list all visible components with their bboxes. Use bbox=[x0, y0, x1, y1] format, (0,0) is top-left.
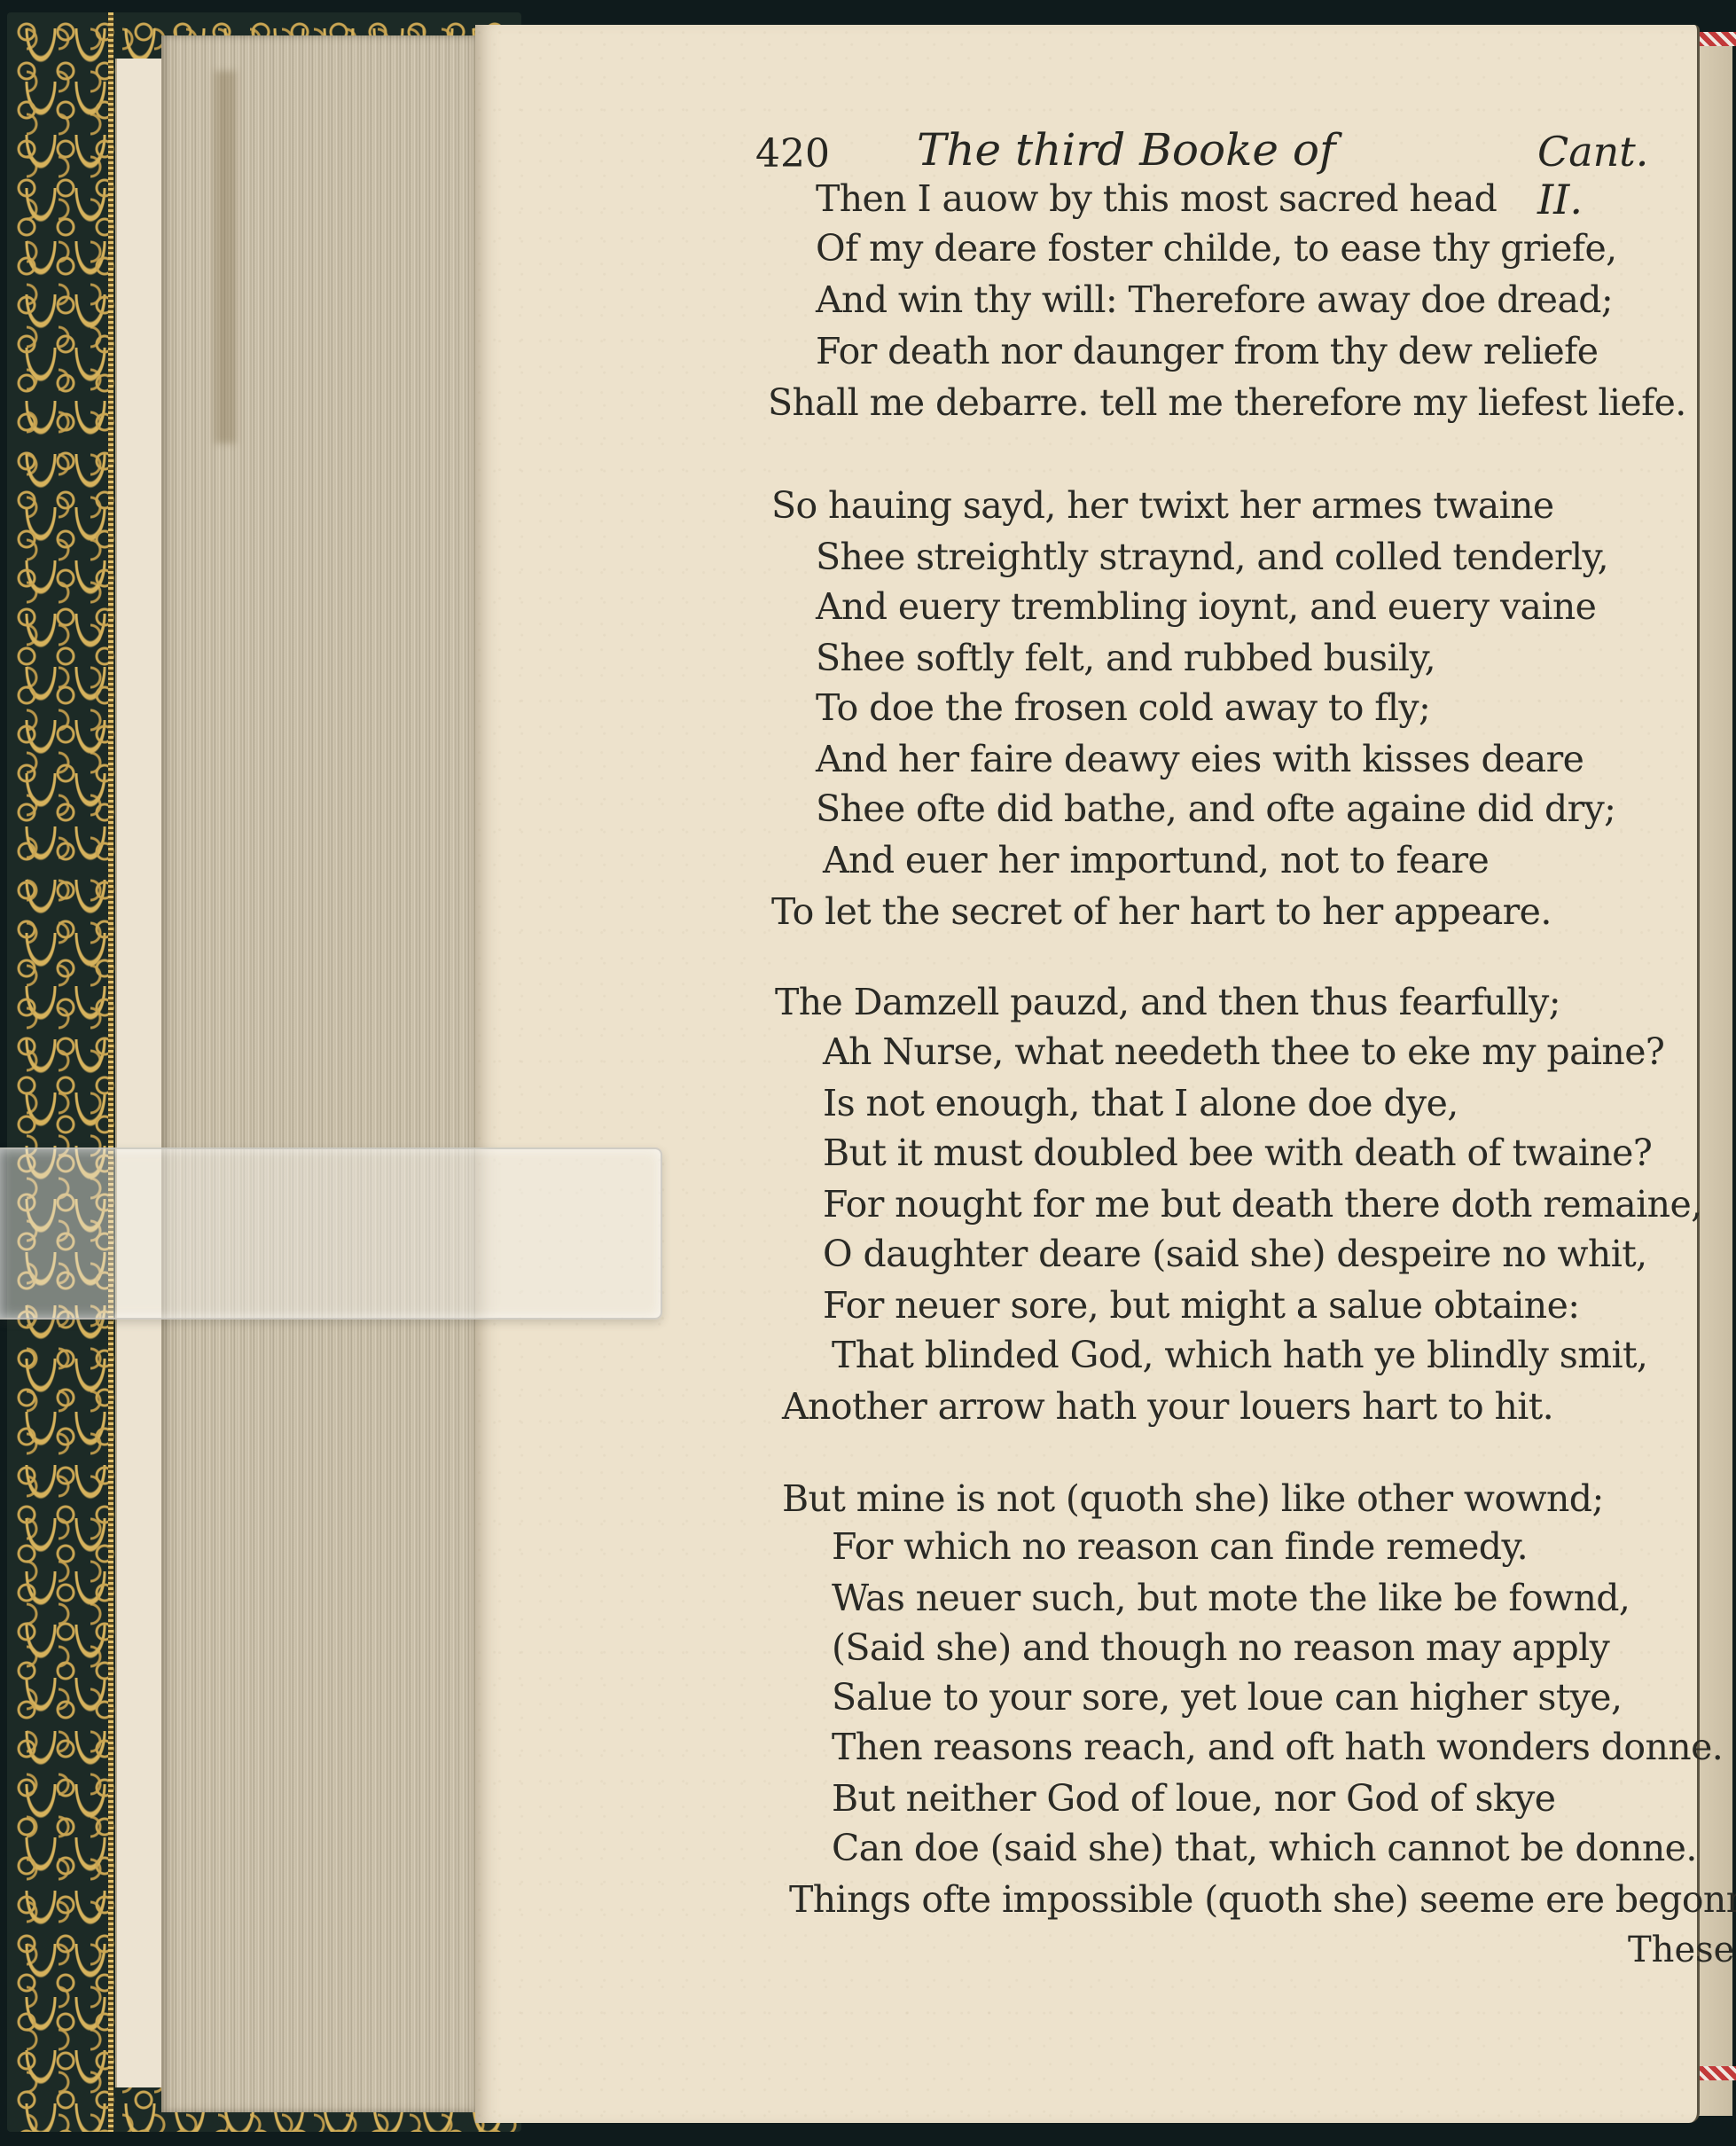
verse-line: For nought for me but death there doth r… bbox=[823, 1183, 1702, 1226]
transparent-page-clip bbox=[0, 1147, 662, 1320]
verse-line: That blinded God, which hath ye blindly … bbox=[832, 1334, 1647, 1376]
verse-line: To doe the frosen cold away to fly; bbox=[816, 686, 1430, 729]
verse-line: But neither God of loue, nor God of skye bbox=[832, 1777, 1555, 1820]
verse-line: Then I auow by this most sacred head bbox=[816, 177, 1497, 220]
verse-line: Another arrow hath your louers hart to h… bbox=[782, 1385, 1553, 1428]
verse-line: But it must doubled bee with death of tw… bbox=[823, 1132, 1652, 1174]
verse-line: And euer her importund, not to feare bbox=[823, 839, 1489, 881]
verse-line: Of my deare foster childe, to ease thy g… bbox=[816, 227, 1617, 270]
verse-line: Shee softly felt, and rubbed busily, bbox=[816, 637, 1435, 679]
page-block-edges bbox=[161, 35, 477, 2112]
verse-line: O daughter deare (said she) despeire no … bbox=[823, 1233, 1647, 1275]
verse-line: So hauing sayd, her twixt her armes twai… bbox=[771, 484, 1554, 527]
verse-line: Things ofte impossible (quoth she) seeme… bbox=[789, 1878, 1736, 1921]
verse-line: Ah Nurse, what needeth thee to eke my pa… bbox=[823, 1030, 1664, 1073]
canto-label: Cant. II. bbox=[1537, 128, 1697, 223]
verse-line: For death nor daunger from thy dew relie… bbox=[816, 330, 1598, 372]
verse-line: For neuer sore, but might a salue obtain… bbox=[823, 1284, 1579, 1327]
verse-line: Can doe (said she) that, which cannot be… bbox=[832, 1827, 1697, 1869]
verse-line: Shall me debarre. tell me therefore my l… bbox=[768, 381, 1686, 424]
verse-line: Then reasons reach, and oft hath wonders… bbox=[832, 1726, 1723, 1768]
verse-line: The Damzell pauzd, and then thus fearful… bbox=[775, 981, 1560, 1023]
next-leaf-edge bbox=[1697, 32, 1732, 2116]
verse-line: And her faire deawy eies with kisses dea… bbox=[816, 738, 1584, 780]
verse-line: To let the secret of her hart to her app… bbox=[771, 890, 1552, 933]
verse-line: (Said she) and though no reason may appl… bbox=[832, 1626, 1609, 1669]
verse-line: And win thy will: Therefore away doe dre… bbox=[816, 278, 1613, 321]
verse-line: And euery trembling ioynt, and euery vai… bbox=[816, 585, 1596, 628]
gilt-rule bbox=[108, 12, 113, 2132]
verse-line: Was neuer such, but mote the like be fow… bbox=[832, 1577, 1630, 1619]
verse-line: Salue to your sore, yet loue can higher … bbox=[832, 1676, 1622, 1719]
verse-line: But mine is not (quoth she) like other w… bbox=[782, 1477, 1604, 1520]
verse-line: Is not enough, that I alone doe dye, bbox=[823, 1082, 1458, 1124]
verse-line: For which no reason can finde remedy. bbox=[832, 1525, 1528, 1568]
catchword: These bbox=[1628, 1930, 1734, 1970]
book-page: 420 The third Booke of Cant. II. Then I … bbox=[475, 25, 1700, 2123]
page-number: 420 bbox=[755, 131, 830, 176]
running-title: The third Booke of bbox=[917, 124, 1335, 176]
verse-line: Shee ofte did bathe, and ofte againe did… bbox=[816, 787, 1615, 830]
verse-line: Shee streightly straynd, and colled tend… bbox=[816, 536, 1608, 578]
running-head: 420 The third Booke of Cant. II. bbox=[475, 124, 1697, 177]
